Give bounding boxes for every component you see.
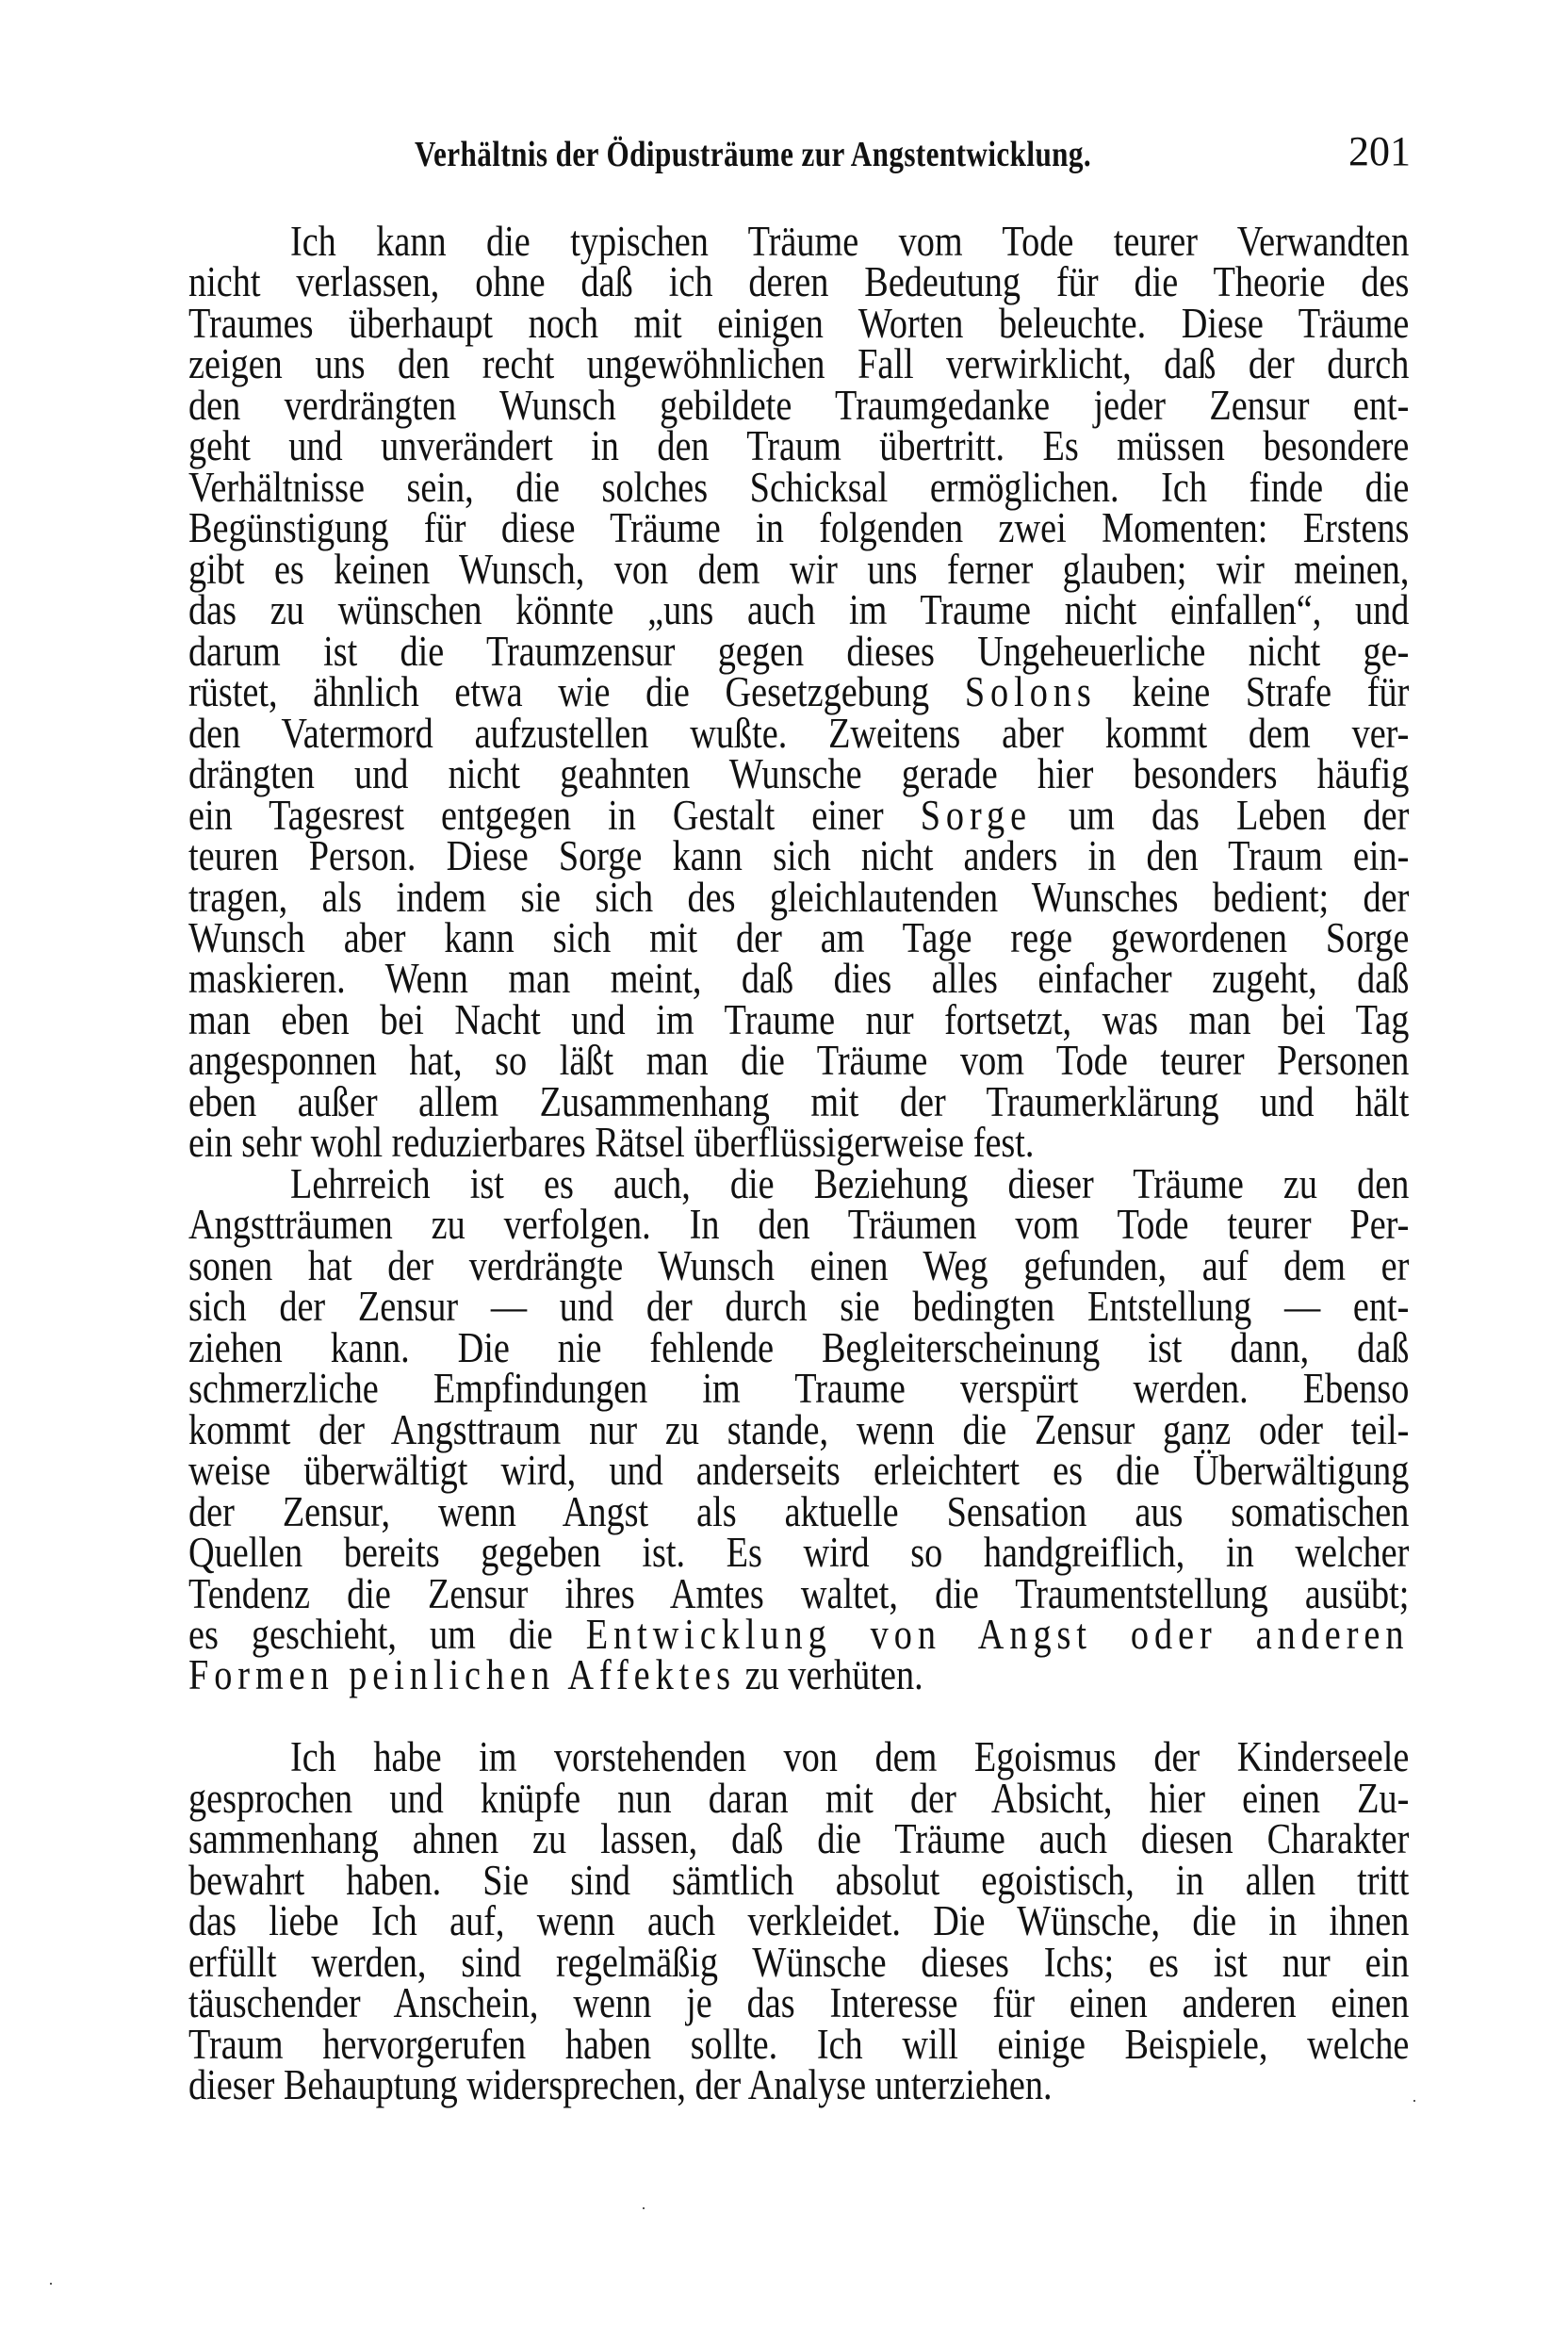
text-line: zeigen uns den recht ungewöhnlichen Fall… (188, 343, 1409, 385)
text-line: es geschieht, um die Entwicklung von Ang… (188, 1614, 1409, 1655)
text-line: darum ist die Traumzensur gegen dieses U… (188, 631, 1409, 672)
text-line: Verhältnisse sein, die solches Schicksal… (188, 467, 1409, 508)
text-segment: dieser Behauptung widersprechen, der Ana… (188, 2061, 1053, 2108)
text-line: angesponnen hat, so läßt man die Träume … (188, 1040, 1409, 1081)
text-line: Traum hervorgerufen haben sollte. Ich wi… (188, 2024, 1409, 2065)
text-line: erfüllt werden, sind regelmäßig Wünsche … (188, 1942, 1409, 1983)
text-line: den Vatermord aufzustellen wußte. Zweite… (188, 713, 1409, 754)
text-line: geht und unverändert in den Traum übertr… (188, 425, 1409, 467)
text-line: nicht verlassen, ohne daß ich deren Bede… (188, 261, 1409, 303)
text-line: Lehrreich ist es auch, die Beziehung die… (188, 1163, 1409, 1205)
text-line: schmerzliche Empfindungen im Traume vers… (188, 1368, 1409, 1409)
text-line: kommt der Angsttraum nur zu stande, wenn… (188, 1409, 1409, 1451)
text-line: sich der Zensur — und der durch sie bedi… (188, 1286, 1409, 1327)
text-line: der Zensur, wenn Angst als aktuelle Sens… (188, 1491, 1409, 1533)
text-line: bewahrt haben. Sie sind sämtlich absolut… (188, 1860, 1409, 1901)
text-line: Ich habe im vorstehenden von dem Egoismu… (188, 1736, 1409, 1778)
text-line: ein sehr wohl reduzierbares Rätsel überf… (188, 1122, 1409, 1163)
scan-speck (1413, 2100, 1415, 2102)
text-line: ziehen kann. Die nie fehlende Begleiters… (188, 1327, 1409, 1369)
text-line: gesprochen und knüpfe nun daran mit der … (188, 1778, 1409, 1819)
text-line: Angstträumen zu verfolgen. In den Träume… (188, 1204, 1409, 1245)
text-line: Traumes überhaupt noch mit einigen Worte… (188, 303, 1409, 344)
text-line: Tendenz die Zensur ihres Amtes waltet, d… (188, 1573, 1409, 1615)
scan-speck (643, 2207, 645, 2209)
running-head-title: Verhältnis der Ödipusträume zur Angstent… (415, 134, 1091, 175)
text-line: ein Tagesrest entgegen in Gestalt einer … (188, 795, 1409, 836)
text-line: gibt es keinen Wunsch, von dem wir uns f… (188, 549, 1409, 590)
emphasized-text: Formen peinlichen Affektes (188, 1651, 736, 1698)
text-line: Formen peinlichen Affektes zu verhüten. (188, 1654, 1409, 1696)
scan-speck (50, 2283, 52, 2285)
page-number: 201 (1348, 131, 1411, 172)
text-segment: zu verhüten. (736, 1651, 923, 1698)
text-line: täuschender Anschein, wenn je das Intere… (188, 1982, 1409, 2024)
text-line: drängten und nicht geahnten Wunsche gera… (188, 753, 1409, 795)
text-line: weise überwältigt wird, und anderseits e… (188, 1450, 1409, 1491)
text-line: rüstet, ähnlich etwa wie die Gesetzgebun… (188, 671, 1409, 713)
text-line: das liebe Ich auf, wenn auch verkleidet.… (188, 1900, 1409, 1942)
text-line: man eben bei Nacht und im Traume nur for… (188, 999, 1409, 1041)
text-line: sammenhang ahnen zu lassen, daß die Träu… (188, 1818, 1409, 1860)
text-line: das zu wünschen könnte „uns auch im Trau… (188, 589, 1409, 631)
text-line: Ich kann die typischen Träume vom Tode t… (188, 221, 1409, 262)
text-line: Quellen bereits gegeben ist. Es wird so … (188, 1532, 1409, 1573)
text-line: dieser Behauptung widersprechen, der Ana… (188, 2064, 1409, 2106)
text-line: sonen hat der verdrängte Wunsch einen We… (188, 1245, 1409, 1287)
text-line: den verdrängten Wunsch gebildete Traumge… (188, 385, 1409, 426)
text-line: tragen, als indem sie sich des gleichlau… (188, 877, 1409, 918)
text-line: Begünstigung für diese Träume in folgend… (188, 507, 1409, 549)
text-line: eben außer allem Zusammenhang mit der Tr… (188, 1081, 1409, 1123)
book-page: Verhältnis der Ödipusträume zur Angstent… (0, 0, 1568, 2344)
text-line: maskieren. Wenn man meint, daß dies alle… (188, 958, 1409, 999)
text-line: teuren Person. Diese Sorge kann sich nic… (188, 835, 1409, 877)
text-line: Wunsch aber kann sich mit der am Tage re… (188, 917, 1409, 959)
